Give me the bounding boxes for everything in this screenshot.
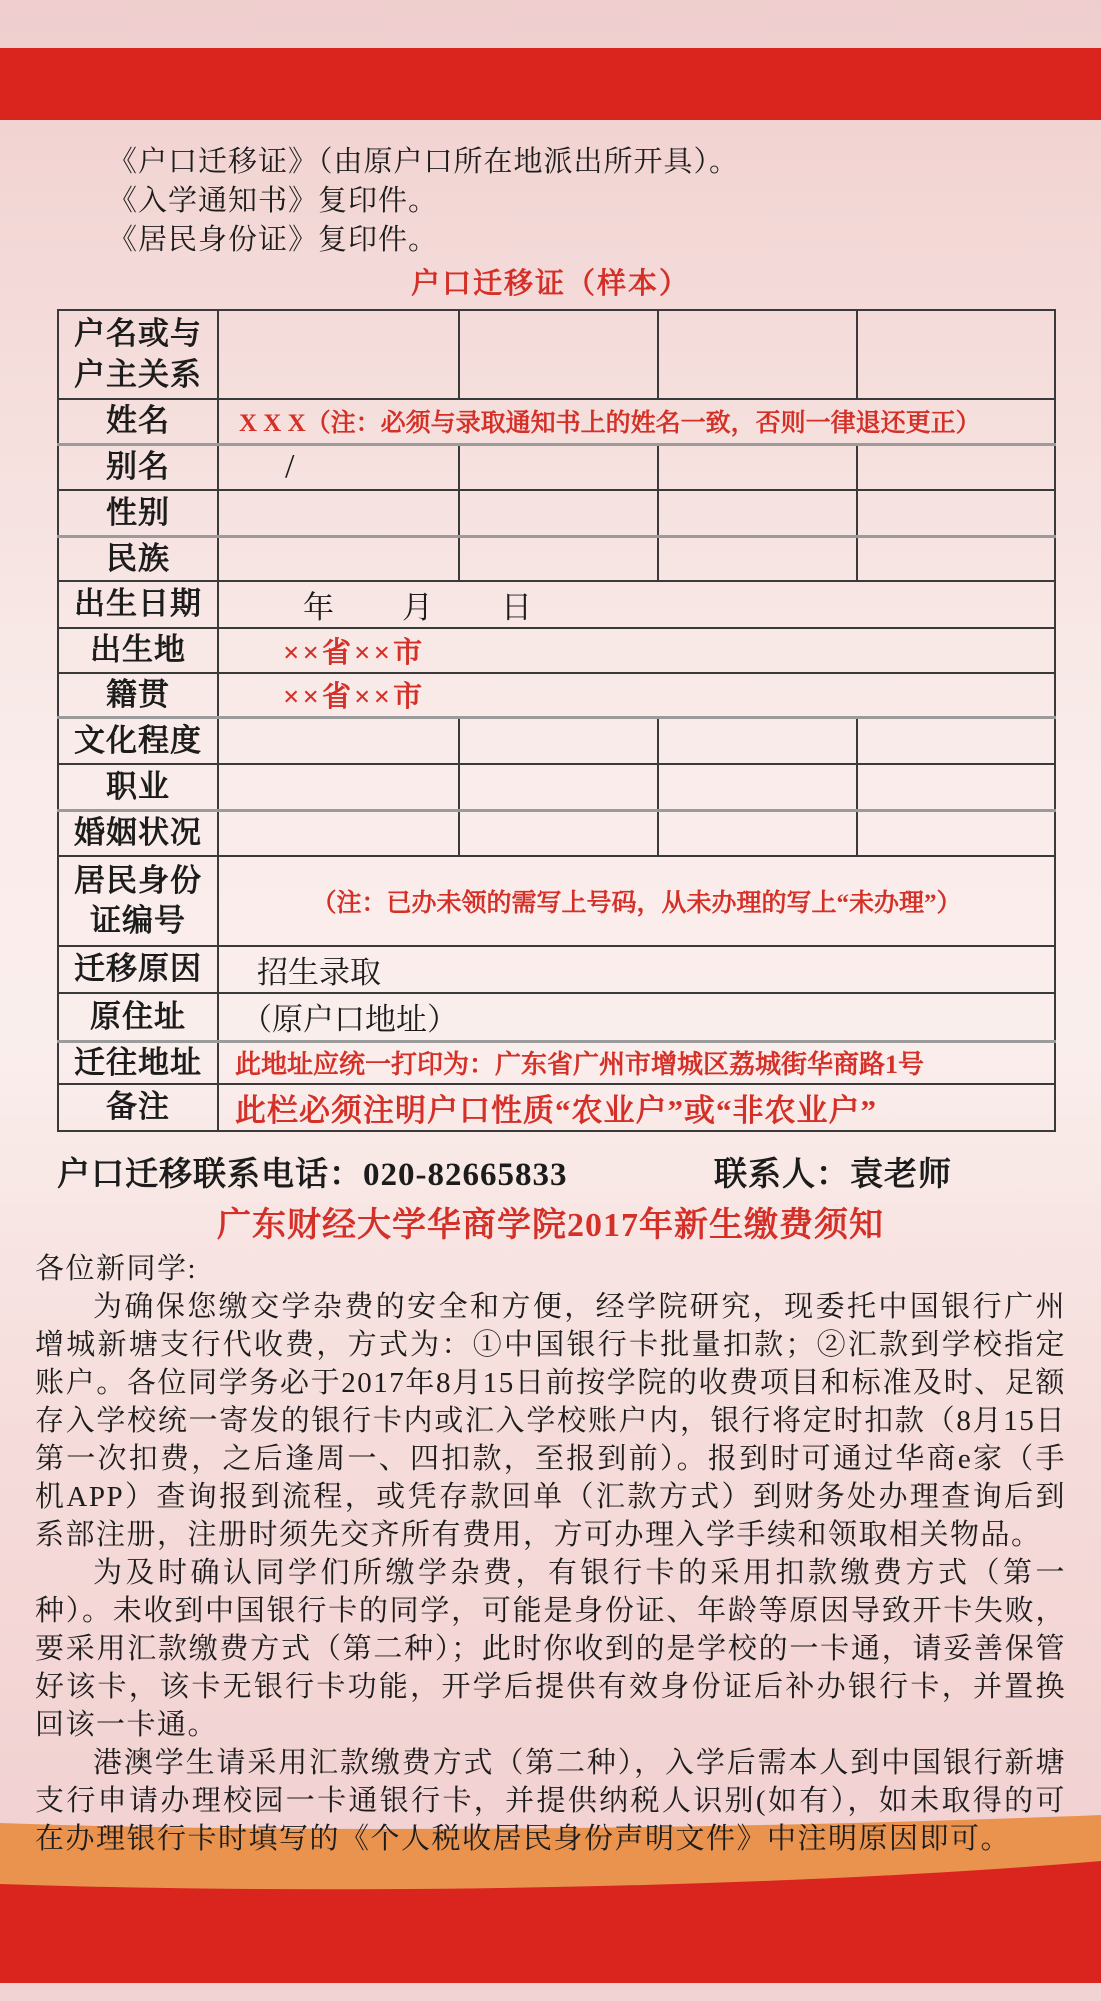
table-row: 出生地 ××省××市 bbox=[58, 628, 1055, 673]
table-cell-value: （原户口地址） bbox=[218, 993, 1055, 1041]
table-cell-empty bbox=[857, 536, 1055, 581]
notice-body: 各位新同学: 为确保您缴交学杂费的安全和方便，经学院研究，现委托中国银行广州增城… bbox=[35, 1250, 1066, 1858]
table-cell-value: / bbox=[218, 444, 459, 490]
table-cell-empty bbox=[218, 536, 459, 581]
table-cell-empty bbox=[218, 490, 459, 536]
table-row: 婚姻状况 bbox=[58, 810, 1055, 856]
table-row-label: 别名 bbox=[58, 444, 218, 490]
table-cell-empty bbox=[857, 717, 1055, 764]
table-row: 籍贯 ××省××市 bbox=[58, 673, 1055, 717]
sample-title: 户口迁移证（样本） bbox=[0, 261, 1101, 302]
table-cell-value: （注：已办未领的需写上号码，从未办理的写上“未办理”） bbox=[218, 856, 1055, 946]
document-item: 《户口迁移证》（由原户口所在地派出所开具）。 bbox=[108, 143, 739, 182]
notice-paragraph: 为及时确认同学们所缴学杂费，有银行卡的采用扣款缴费方式（第一种）。未收到中国银行… bbox=[35, 1554, 1066, 1744]
table-cell-value: ××省××市 bbox=[218, 628, 1055, 673]
transfer-certificate-table: 户名或与 户主关系 姓名 X X X（注：必须与录取通知书上的姓名一致，否则一律… bbox=[57, 309, 1056, 1132]
table-row-label: 原住址 bbox=[58, 993, 218, 1041]
table-cell-empty bbox=[218, 810, 459, 856]
notice-salutation: 各位新同学: bbox=[35, 1250, 1066, 1288]
table-row: 户名或与 户主关系 bbox=[58, 310, 1055, 399]
notice-page: 《户口迁移证》（由原户口所在地派出所开具）。 《入学通知书》复印件。 《居民身份… bbox=[0, 0, 1101, 2001]
contact-phone: 户口迁移联系电话：020-82665833 bbox=[57, 1157, 568, 1193]
table-cell-empty bbox=[459, 810, 658, 856]
table-cell-empty bbox=[459, 310, 658, 399]
table-row: 文化程度 bbox=[58, 717, 1055, 764]
top-red-band bbox=[0, 48, 1101, 120]
contact-person: 联系人：袁老师 bbox=[714, 1148, 952, 1195]
table-cell-empty bbox=[459, 536, 658, 581]
table-row: 民族 bbox=[58, 536, 1055, 581]
table-row: 迁移原因 招生录取 bbox=[58, 946, 1055, 993]
table-row-label: 姓名 bbox=[58, 399, 218, 444]
notice-paragraph: 港澳学生请采用汇款缴费方式（第二种），入学后需本人到中国银行新塘支行申请办理校园… bbox=[35, 1744, 1066, 1858]
table-row-label: 户名或与 户主关系 bbox=[58, 310, 218, 399]
contact-line: 户口迁移联系电话：020-82665833 联系人：袁老师 bbox=[57, 1148, 1047, 1195]
table-row: 姓名 X X X（注：必须与录取通知书上的姓名一致，否则一律退还更正） bbox=[58, 399, 1055, 444]
table-cell-empty bbox=[658, 536, 857, 581]
table-row-label: 备注 bbox=[58, 1084, 218, 1131]
notice-paragraph: 为确保您缴交学杂费的安全和方便，经学院研究，现委托中国银行广州增城新塘支行代收费… bbox=[35, 1288, 1066, 1554]
table-row: 原住址 （原户口地址） bbox=[58, 993, 1055, 1041]
table-cell-empty bbox=[658, 717, 857, 764]
table-cell-empty bbox=[218, 764, 459, 810]
table-row-label: 出生日期 bbox=[58, 581, 218, 628]
table-row: 职业 bbox=[58, 764, 1055, 810]
table-cell-empty bbox=[658, 490, 857, 536]
notice-title: 广东财经大学华商学院2017年新生缴费须知 bbox=[0, 1197, 1101, 1246]
table-row: 居民身份 证编号 （注：已办未领的需写上号码，从未办理的写上“未办理”） bbox=[58, 856, 1055, 946]
table-cell-empty bbox=[857, 810, 1055, 856]
table-cell-empty bbox=[857, 764, 1055, 810]
table-cell-empty bbox=[459, 717, 658, 764]
table-row-label: 职业 bbox=[58, 764, 218, 810]
table-row: 性别 bbox=[58, 490, 1055, 536]
document-item: 《居民身份证》复印件。 bbox=[108, 221, 739, 260]
table-cell-empty bbox=[658, 310, 857, 399]
table-row-label: 婚姻状况 bbox=[58, 810, 218, 856]
table-row-label: 居民身份 证编号 bbox=[58, 856, 218, 946]
table-cell-empty bbox=[218, 310, 459, 399]
table-row-label: 性别 bbox=[58, 490, 218, 536]
table-row: 别名 / bbox=[58, 444, 1055, 490]
table-row: 备注 此栏必须注明户口性质“农业户”或“非农业户” bbox=[58, 1084, 1055, 1131]
table-row: 迁往地址 此地址应统一打印为：广东省广州市增城区荔城街华商路1号 bbox=[58, 1041, 1055, 1084]
document-list: 《户口迁移证》（由原户口所在地派出所开具）。 《入学通知书》复印件。 《居民身份… bbox=[108, 143, 739, 260]
table-cell-empty bbox=[658, 810, 857, 856]
table-cell-empty bbox=[459, 444, 658, 490]
table-cell-value: 此栏必须注明户口性质“农业户”或“非农业户” bbox=[218, 1084, 1055, 1131]
table-row-label: 迁往地址 bbox=[58, 1041, 218, 1084]
table-cell-value: 此地址应统一打印为：广东省广州市增城区荔城街华商路1号 bbox=[218, 1041, 1055, 1084]
table-cell-empty bbox=[857, 444, 1055, 490]
table-cell-value: 年 月 日 bbox=[218, 581, 1055, 628]
table-row: 出生日期 年 月 日 bbox=[58, 581, 1055, 628]
table-cell-value: ××省××市 bbox=[218, 673, 1055, 717]
bottom-pink-strip bbox=[0, 1983, 1101, 2001]
table-cell-empty bbox=[459, 764, 658, 810]
table-cell-empty bbox=[218, 717, 459, 764]
document-item: 《入学通知书》复印件。 bbox=[108, 182, 739, 221]
table-row-label: 出生地 bbox=[58, 628, 218, 673]
table-cell-empty bbox=[857, 490, 1055, 536]
table-cell-empty bbox=[658, 764, 857, 810]
table-cell-value: 招生录取 bbox=[218, 946, 1055, 993]
table-row-label: 籍贯 bbox=[58, 673, 218, 717]
table-cell-value: X X X（注：必须与录取通知书上的姓名一致，否则一律退还更正） bbox=[218, 399, 1055, 444]
table-cell-empty bbox=[459, 490, 658, 536]
table-row-label: 迁移原因 bbox=[58, 946, 218, 993]
table-cell-empty bbox=[658, 444, 857, 490]
table-cell-empty bbox=[857, 310, 1055, 399]
table-row-label: 民族 bbox=[58, 536, 218, 581]
table-row-label: 文化程度 bbox=[58, 717, 218, 764]
